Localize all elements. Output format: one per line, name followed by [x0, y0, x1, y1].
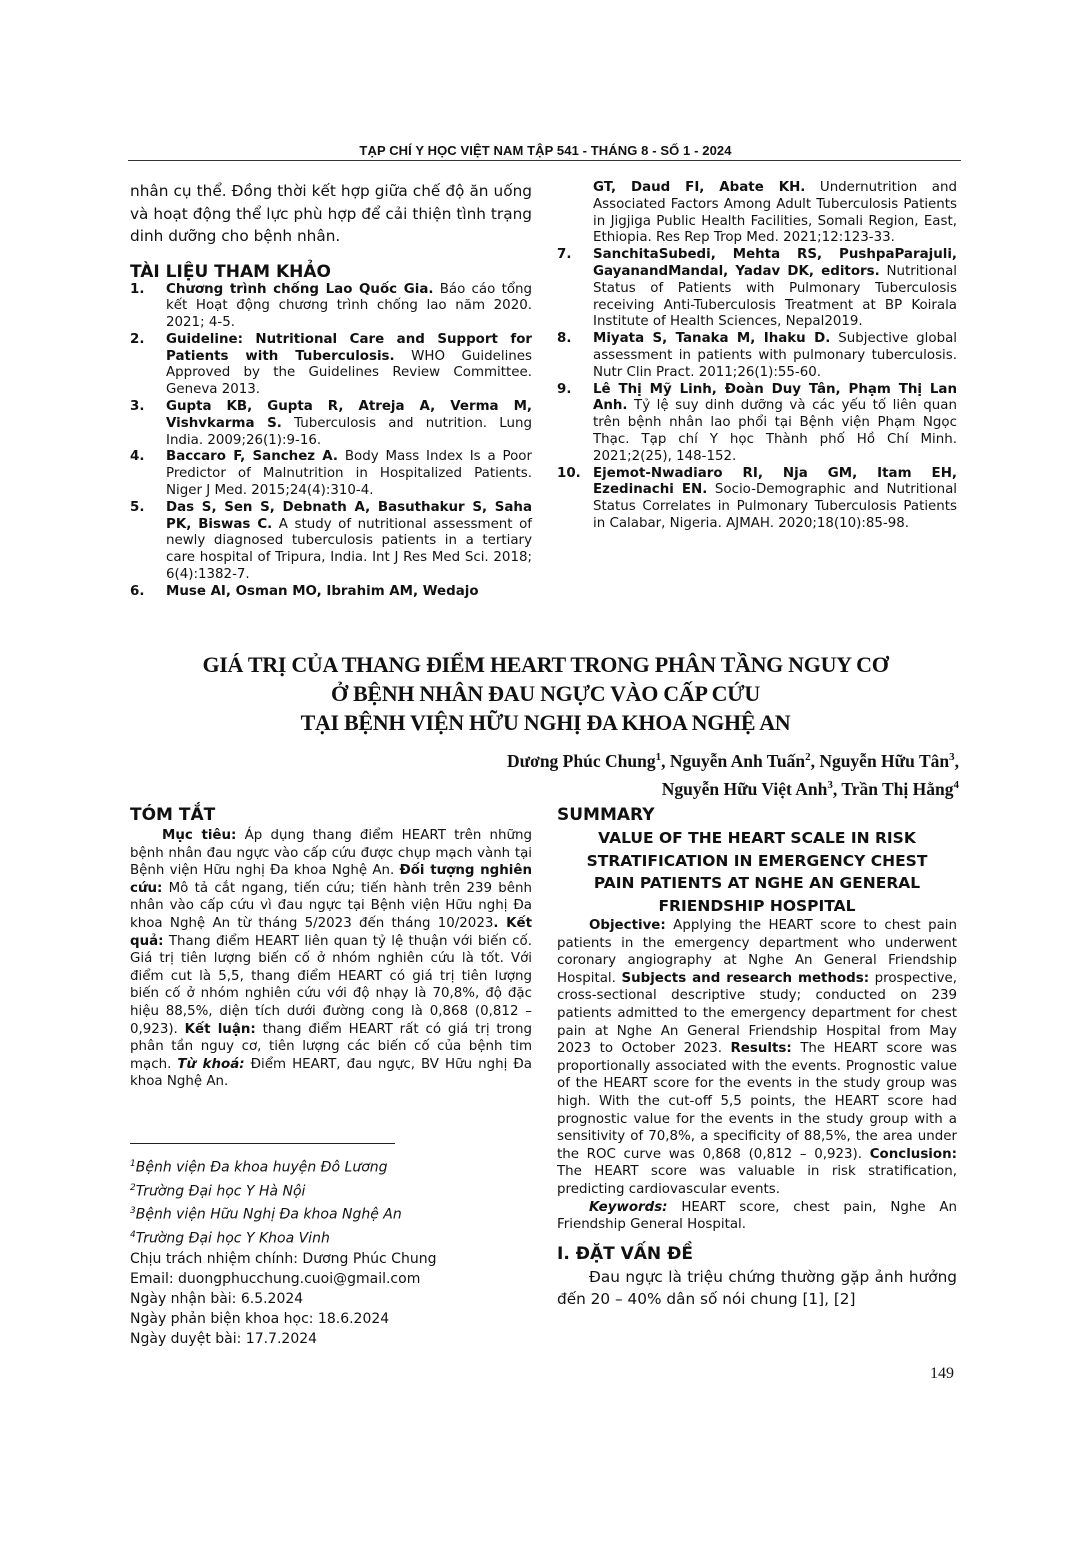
reference-authors-part1: Muse AI, Osman MO, Ibrahim AM, Wedajo — [166, 584, 479, 599]
closing-paragraph: nhân cụ thể. Đồng thời kết hợp giữa chế … — [130, 180, 532, 248]
affiliation: 3Bệnh viện Hữu Nghị Đa khoa Nghệ An — [130, 1201, 532, 1225]
reference-item: 6. Muse AI, Osman MO, Ibrahim AM, Wedajo — [130, 584, 532, 601]
reference-item: 10. Ejemot-Nwadiaro RI, Nja GM, Itam EH,… — [557, 466, 957, 533]
affiliation: 2Trường Đại học Y Hà Nội — [130, 1178, 532, 1202]
reference-item: 4. Baccaro F, Sanchez A. Body Mass Index… — [130, 449, 532, 499]
accepted-date: Ngày duyệt bài: 17.7.2024 — [130, 1329, 532, 1349]
footnotes: 1Bệnh viện Đa khoa huyện Đô Lương 2Trườn… — [130, 1154, 532, 1349]
reference-authors-part2: GT, Daud FI, Abate KH. — [593, 180, 805, 195]
author-name: Nguyễn Hữu Việt Anh — [662, 779, 828, 799]
reviewed-date: Ngày phản biện khoa học: 18.6.2024 — [130, 1309, 532, 1329]
reference-item-continued: GT, Daud FI, Abate KH. Undernutrition an… — [557, 180, 957, 247]
author-name: Nguyễn Anh Tuấn — [670, 751, 805, 771]
reference-authors: Chương trình chống Lao Quốc Gia. — [166, 282, 433, 297]
affiliation: 4Trường Đại học Y Khoa Vinh — [130, 1225, 532, 1249]
footnote-divider — [130, 1143, 395, 1144]
reference-item: 8. Miyata S, Tanaka M, Ihaku D. Subjecti… — [557, 331, 957, 381]
prev-article-left-column: nhân cụ thể. Đồng thời kết hợp giữa chế … — [130, 180, 532, 601]
reference-item: 5. Das S, Sen S, Debnath A, Basuthakur S… — [130, 500, 532, 584]
header-divider — [128, 160, 961, 161]
received-date: Ngày nhận bài: 6.5.2024 — [130, 1289, 532, 1309]
references-heading: TÀI LIỆU THAM KHẢO — [130, 262, 532, 282]
summary-keywords: Keywords: HEART score, chest pain, Nghe … — [557, 1199, 957, 1234]
page-number: 149 — [930, 1365, 954, 1383]
reference-authors: Baccaro F, Sanchez A. — [166, 449, 338, 464]
reference-item: 7. SanchitaSubedi, Mehta RS, PushpaParaj… — [557, 247, 957, 331]
intro-heading: I. ĐẶT VẤN ĐỀ — [557, 1244, 957, 1264]
journal-header: TẠP CHÍ Y HỌC VIỆT NAM TẬP 541 - THÁNG 8… — [128, 143, 963, 158]
vn-abstract: TÓM TẮT Mục tiêu: Áp dụng thang điểm HEA… — [130, 805, 532, 1091]
author-list: Dương Phúc Chung1, Nguyễn Anh Tuấn2, Ngu… — [507, 745, 959, 801]
article-title: GIÁ TRỊ CỦA THANG ĐIỂM HEART TRONG PHÂN … — [128, 650, 963, 737]
abstract-body: Mục tiêu: Áp dụng thang điểm HEART trên … — [130, 827, 532, 1091]
prev-article-right-column: GT, Daud FI, Abate KH. Undernutrition an… — [557, 180, 957, 533]
en-abstract: SUMMARY VALUE OF THE HEART SCALE IN RISK… — [557, 805, 957, 1310]
abstract-heading: TÓM TẮT — [130, 805, 532, 825]
summary-heading: SUMMARY — [557, 805, 957, 825]
reference-item: 1. Chương trình chống Lao Quốc Gia. Báo … — [130, 282, 532, 332]
author-name: Dương Phúc Chung — [507, 751, 656, 771]
reference-authors: Miyata S, Tanaka M, Ihaku D. — [593, 331, 830, 346]
intro-paragraph: Đau ngực là triệu chứng thường gặp ảnh h… — [557, 1266, 957, 1310]
affiliation: 1Bệnh viện Đa khoa huyện Đô Lương — [130, 1154, 532, 1178]
reference-item: 9. Lê Thị Mỹ Linh, Đoàn Duy Tân, Phạm Th… — [557, 382, 957, 466]
author-name: Trần Thị Hằng — [841, 779, 953, 799]
corresponding-author: Chịu trách nhiệm chính: Dương Phúc Chung — [130, 1249, 532, 1269]
reference-item: 3. Gupta KB, Gupta R, Atreja A, Verma M,… — [130, 399, 532, 449]
author-name: Nguyễn Hữu Tân — [819, 751, 949, 771]
english-title: VALUE OF THE HEART SCALE IN RISK STRATIF… — [557, 827, 957, 917]
email: Email: duongphucchung.cuoi@gmail.com — [130, 1269, 532, 1289]
reference-item: 2. Guideline: Nutritional Care and Suppo… — [130, 332, 532, 399]
summary-body: Objective: Applying the HEART score to c… — [557, 917, 957, 1199]
